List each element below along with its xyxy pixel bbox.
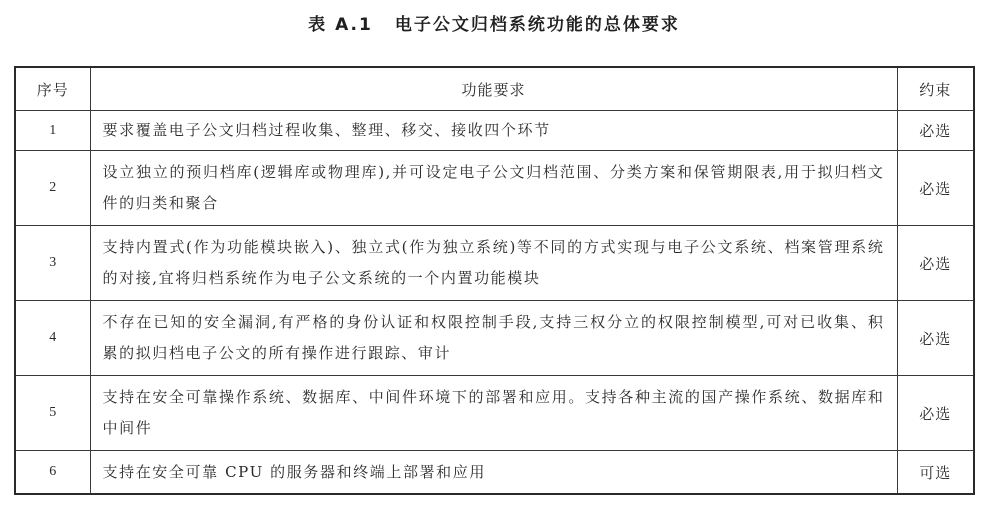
row-constraint: 必选 — [897, 301, 974, 376]
table-row: 2 设立独立的预归档库(逻辑库或物理库),并可设定电子公文归档范围、分类方案和保… — [15, 151, 974, 226]
row-requirement: 支持内置式(作为功能模块嵌入)、独立式(作为独立系统)等不同的方式实现与电子公文… — [90, 226, 897, 301]
requirements-table: 序号 功能要求 约束 1 要求覆盖电子公文归档过程收集、整理、移交、接收四个环节… — [14, 66, 975, 495]
table-number: 表 A.1 — [308, 15, 373, 35]
table-row: 1 要求覆盖电子公文归档过程收集、整理、移交、接收四个环节 必选 — [15, 111, 974, 151]
row-constraint: 必选 — [897, 376, 974, 451]
row-requirement: 支持在安全可靠操作系统、数据库、中间件环境下的部署和应用。支持各种主流的国产操作… — [90, 376, 897, 451]
row-constraint: 必选 — [897, 111, 974, 151]
row-index: 5 — [15, 376, 90, 451]
row-index: 1 — [15, 111, 90, 151]
table-title: 电子公文归档系统功能的总体要求 — [395, 15, 680, 35]
row-requirement: 要求覆盖电子公文归档过程收集、整理、移交、接收四个环节 — [90, 111, 897, 151]
table-row: 6 支持在安全可靠 CPU 的服务器和终端上部署和应用 可选 — [15, 451, 974, 495]
table-row: 4 不存在已知的安全漏洞,有严格的身份认证和权限控制手段,支持三权分立的权限控制… — [15, 301, 974, 376]
row-requirement: 不存在已知的安全漏洞,有严格的身份认证和权限控制手段,支持三权分立的权限控制模型… — [90, 301, 897, 376]
table-row: 3 支持内置式(作为功能模块嵌入)、独立式(作为独立系统)等不同的方式实现与电子… — [15, 226, 974, 301]
row-requirement: 设立独立的预归档库(逻辑库或物理库),并可设定电子公文归档范围、分类方案和保管期… — [90, 151, 897, 226]
row-constraint: 必选 — [897, 151, 974, 226]
header-requirement: 功能要求 — [90, 67, 897, 111]
row-requirement: 支持在安全可靠 CPU 的服务器和终端上部署和应用 — [90, 451, 897, 495]
row-constraint: 必选 — [897, 226, 974, 301]
header-constraint: 约束 — [897, 67, 974, 111]
row-index: 2 — [15, 151, 90, 226]
table-caption: 表 A.1电子公文归档系统功能的总体要求 — [0, 10, 988, 35]
row-constraint: 可选 — [897, 451, 974, 495]
row-index: 3 — [15, 226, 90, 301]
table-header-row: 序号 功能要求 约束 — [15, 67, 974, 111]
row-index: 4 — [15, 301, 90, 376]
row-index: 6 — [15, 451, 90, 495]
table-row: 5 支持在安全可靠操作系统、数据库、中间件环境下的部署和应用。支持各种主流的国产… — [15, 376, 974, 451]
header-index: 序号 — [15, 67, 90, 111]
